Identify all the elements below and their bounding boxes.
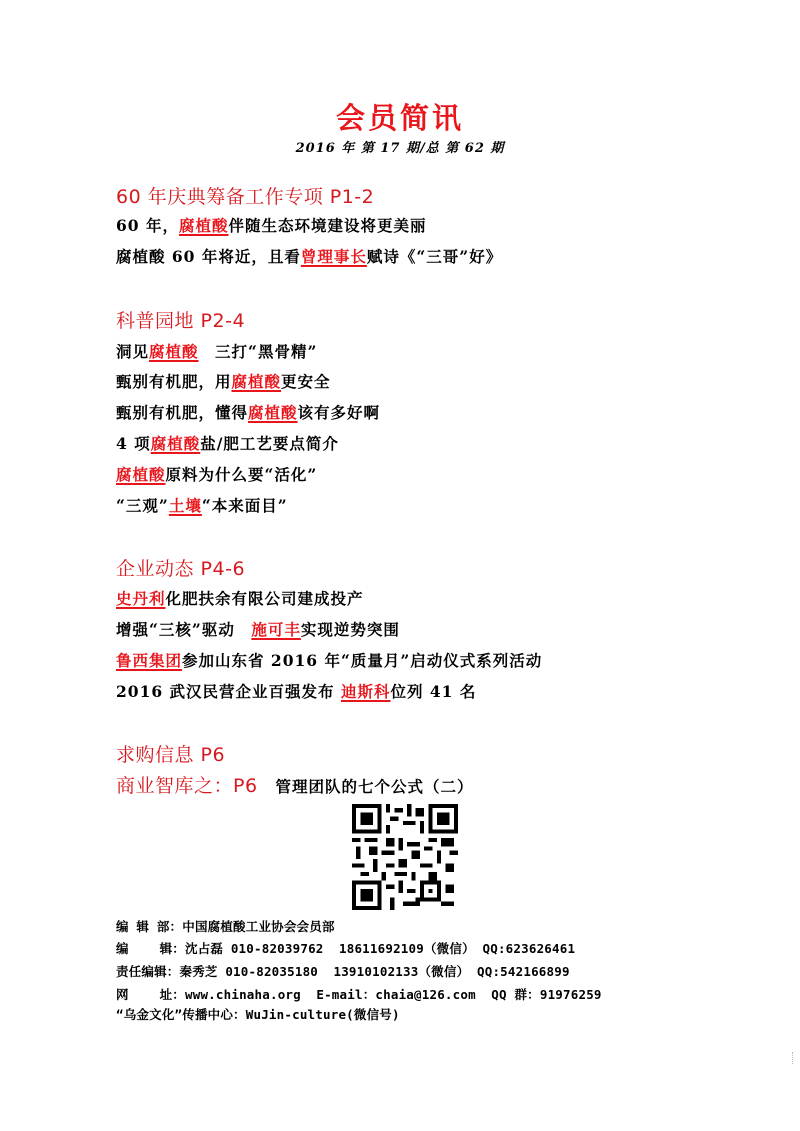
list-item: 甄别有机肥，懂得腐植酸该有多好啊 — [116, 401, 380, 423]
highlight-keyword: 腐植酸 — [232, 372, 282, 391]
editor-contact: 编 辑：沈占磊 010-82039762 18611692109（微信） QQ:… — [116, 939, 575, 957]
list-item: 腐植酸原料为什么要“活化” — [116, 463, 317, 485]
editorial-dept: 编 辑 部：中国腐植酸工业协会会员部 — [116, 917, 335, 935]
list-item: “三观”土壤“本来面目” — [116, 494, 288, 516]
highlight-keyword: 腐植酸 — [116, 465, 166, 484]
issue-number: 2016 年 第 17 期/总 第 62 期 — [0, 137, 800, 156]
think-tank-heading: 商业智库之：P6 — [116, 775, 258, 797]
highlight-keyword: 鲁西集团 — [116, 651, 182, 670]
highlight-keyword: 土壤 — [169, 496, 202, 515]
section-heading-science: 科普园地 P2-4 — [116, 306, 245, 333]
list-item: 洞见腐植酸 三打“黑骨精” — [116, 340, 317, 362]
list-item: 60 年，腐植酸伴随生态环境建设将更美丽 — [116, 214, 427, 236]
list-item: 甄别有机肥，用腐植酸更安全 — [116, 370, 331, 392]
list-item: 史丹利化肥扶余有限公司建成投产 — [116, 587, 364, 609]
chief-editor-contact: 责任编辑：秦秀芝 010-82035180 13910102133（微信） QQ… — [116, 962, 570, 980]
website-email: 网 址：www.chinaha.org E-mail：chaia@126.com… — [116, 985, 602, 1003]
highlight-keyword: 迪斯科 — [341, 682, 391, 701]
highlight-keyword: 曾理事长 — [301, 247, 367, 266]
qr-code-image — [352, 804, 458, 910]
newsletter-title: 会员简讯 — [0, 96, 800, 137]
list-item: 腐植酸 60 年将近，且看曾理事长赋诗《“三哥”好》 — [116, 245, 502, 267]
think-tank-row: 商业智库之：P6管理团队的七个公式（二） — [116, 771, 474, 798]
list-item: 4 项腐植酸盐/肥工艺要点简介 — [116, 432, 339, 454]
highlight-keyword: 腐植酸 — [149, 342, 199, 361]
wechat-account: “乌金文化”传播中心：WuJin-culture(微信号) — [116, 1005, 400, 1023]
highlight-keyword: 腐植酸 — [151, 434, 201, 453]
highlight-keyword: 史丹利 — [116, 589, 166, 608]
highlight-keyword: 腐植酸 — [248, 403, 298, 422]
scan-artifact — [792, 1052, 795, 1064]
section-heading-anniversary: 60 年庆典筹备工作专项 P1-2 — [116, 182, 374, 209]
section-heading-enterprise: 企业动态 P4-6 — [116, 554, 245, 581]
highlight-keyword: 腐植酸 — [179, 216, 229, 235]
list-item: 2016 武汉民营企业百强发布 迪斯科位列 41 名 — [116, 680, 476, 702]
highlight-keyword: 施可丰 — [251, 620, 301, 639]
think-tank-article: 管理团队的七个公式（二） — [276, 777, 474, 796]
section-heading-purchase: 求购信息 P6 — [116, 740, 225, 767]
list-item: 增强“三核”驱动 施可丰实现逆势突围 — [116, 618, 400, 640]
list-item: 鲁西集团参加山东省 2016 年“质量月”启动仪式系列活动 — [116, 649, 542, 671]
